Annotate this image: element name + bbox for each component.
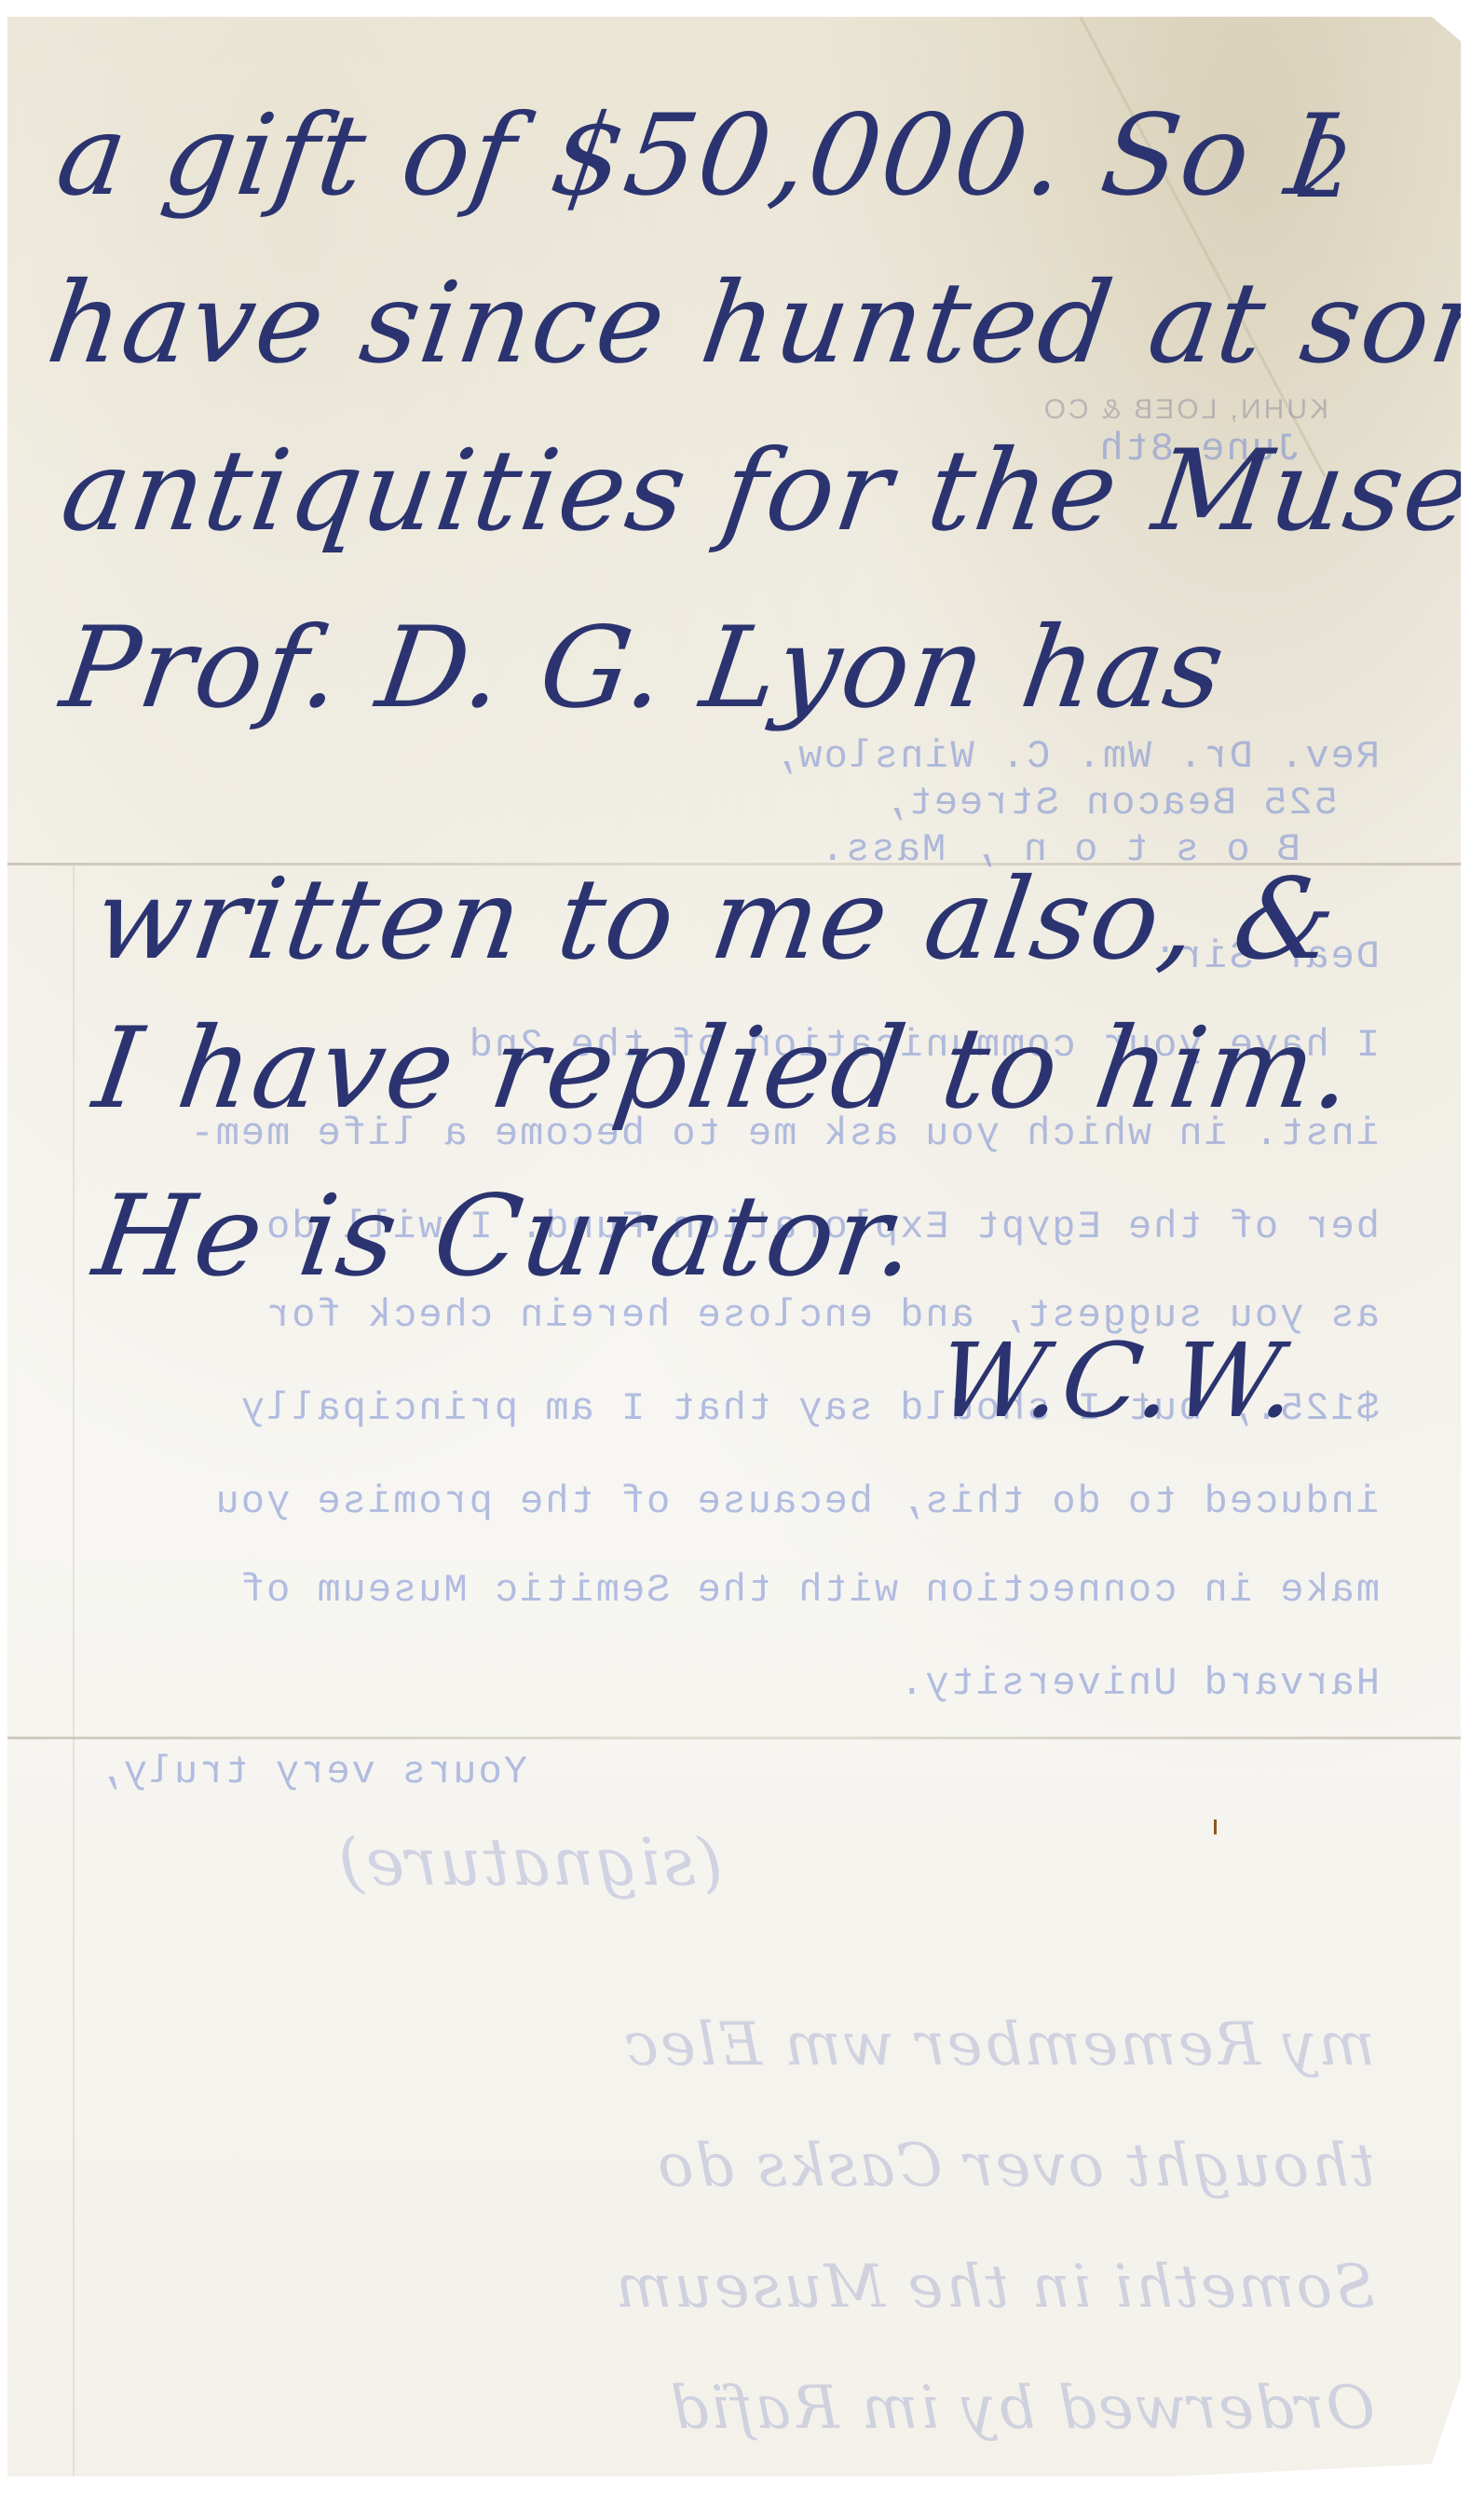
handwritten-line-5: written to me also, & bbox=[87, 855, 1345, 985]
handwritten-line-7: He is Curator. bbox=[87, 1172, 925, 1302]
handwritten-line-1: a gift of $50,000. So I bbox=[49, 91, 1343, 221]
document-sheet: KUHN, LOEB & CO June 8th Rev. Dr. Wm. C.… bbox=[7, 17, 1468, 2476]
handwritten-line-4: Prof. D. G. Lyon has bbox=[54, 604, 1233, 733]
handwritten-signature: W.C.W. bbox=[931, 1321, 1306, 1440]
handwritten-line-6: I have replied to him. bbox=[87, 1004, 1362, 1134]
ink-stain bbox=[1214, 1819, 1217, 1834]
handwritten-note: a gift of $50,000. So I have since hunte… bbox=[7, 17, 1468, 2476]
handwritten-line-2: have since hunted at some bbox=[40, 259, 1484, 388]
handwritten-line-3: antiquities for the Museum. bbox=[54, 427, 1484, 556]
page-number-mark: 2 bbox=[1298, 119, 1351, 217]
